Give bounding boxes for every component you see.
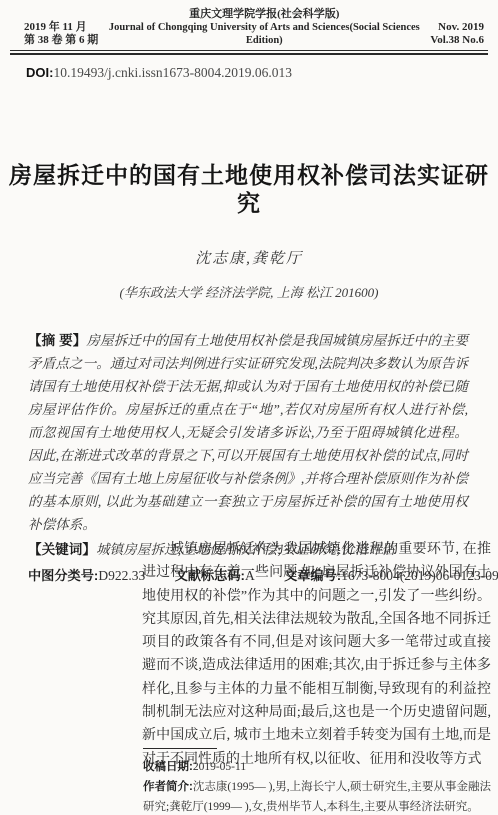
- abstract-label: 【摘 要】: [28, 333, 86, 348]
- article-affiliation: (华东政法大学 经济法学院, 上海 松江 201600): [0, 282, 498, 301]
- header-issue-info-cn: 2019 年 11 月 第 38 卷 第 6 期: [24, 21, 98, 47]
- clc-number-label: 中图分类号:: [28, 568, 98, 583]
- body-paragraph: 城镇房屋拆迁作为我国城镇化进程的重要环节, 在推进过程中存在着一些问题,如“房屋…: [142, 538, 491, 771]
- doi-line: DOI:10.19493/j.cnki.issn1673-8004.2019.0…: [26, 65, 498, 81]
- footnote-rule: [143, 748, 217, 749]
- header-double-rule: [10, 50, 488, 55]
- abstract-section: 【摘 要】房屋拆迁中的国有土地使用权补偿是我国城镇房屋拆迁中的主要矛盾点之一。通…: [28, 329, 468, 536]
- journal-title-block: 重庆文理学院学报(社会科学版) Journal of Chongqing Uni…: [98, 8, 430, 47]
- header-date-cn: 2019 年 11 月: [24, 21, 98, 34]
- journal-title-en: Journal of Chongqing University of Arts …: [104, 21, 424, 47]
- header-volume-issue-en: Vol.38 No.6: [430, 34, 484, 47]
- author-bio-value: 沈志康(1995— ),男,上海长宁人,硕士研究生,主要从事金融法研究;龚乾厅(…: [143, 781, 491, 813]
- journal-title-cn: 重庆文理学院学报(社会科学版): [104, 8, 424, 21]
- header-volume-issue-cn: 第 38 卷 第 6 期: [24, 34, 98, 47]
- author-bio-line: 作者简介:沈志康(1995— ),男,上海长宁人,硕士研究生,主要从事金融法研究…: [143, 777, 491, 815]
- clc-number: 中图分类号:D922.33: [28, 568, 145, 583]
- abstract-text: 房屋拆迁中的国有土地使用权补偿是我国城镇房屋拆迁中的主要矛盾点之一。通过对司法判…: [28, 333, 468, 532]
- received-date-line: 收稿日期:2019-05-11: [143, 757, 491, 777]
- journal-header: 2019 年 11 月 第 38 卷 第 6 期 重庆文理学院学报(社会科学版)…: [0, 0, 498, 50]
- received-date-label: 收稿日期:: [143, 761, 193, 773]
- header-date-en: Nov. 2019: [430, 21, 484, 34]
- article-title: 房屋拆迁中的国有土地使用权补偿司法实证研究: [4, 161, 494, 217]
- clc-number-value: D922.33: [98, 568, 145, 583]
- doi-value: 10.19493/j.cnki.issn1673-8004.2019.06.01…: [53, 65, 292, 80]
- footnote-section: 收稿日期:2019-05-11 作者简介:沈志康(1995— ),男,上海长宁人…: [143, 748, 491, 815]
- article-authors: 沈志康,龚乾厅: [0, 247, 498, 268]
- header-issue-info-en: Nov. 2019 Vol.38 No.6: [430, 21, 484, 47]
- received-date-value: 2019-05-11: [193, 761, 246, 773]
- journal-first-page: 2019 年 11 月 第 38 卷 第 6 期 重庆文理学院学报(社会科学版)…: [0, 0, 498, 815]
- doi-label: DOI:: [26, 65, 53, 80]
- keywords-label: 【关键词】: [28, 542, 96, 557]
- author-bio-label: 作者简介:: [143, 781, 193, 793]
